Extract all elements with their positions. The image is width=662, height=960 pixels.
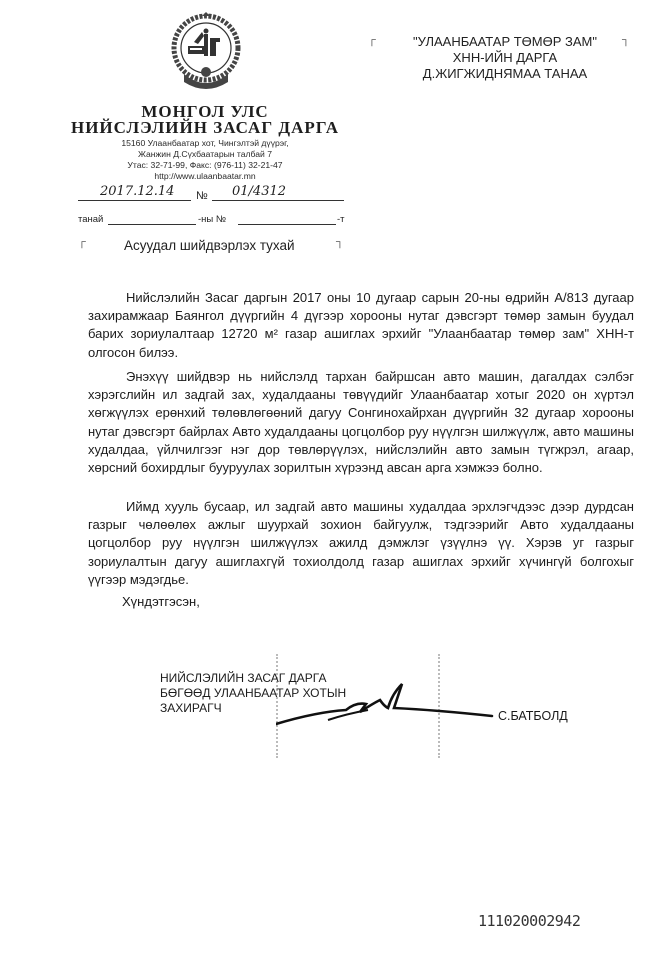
recipient-block: "УЛААНБААТАР ТӨМӨР ЗАМ" ХНН-ИЙН ДАРГА Д.… [385,34,625,82]
your-ref-suffix: -т [337,214,345,225]
org-name-office: НИЙСЛЭЛИЙН ЗАСАГ ДАРГА [60,118,350,138]
your-date-line [108,224,196,225]
signatory-name: С.БАТБОЛД [498,709,568,723]
mongolia-state-emblem-icon [168,12,244,94]
letter-number: 01/4312 [232,184,286,199]
your-number-label: -ны № [198,214,226,225]
corner-mark-left: ┌ [368,34,376,46]
body-paragraph-2: Энэхүү шийдвэр нь нийслэлд тархан байршс… [88,368,634,477]
recipient-organization: "УЛААНБААТАР ТӨМӨР ЗАМ" [385,34,625,50]
letterhead-address: 15160 Улаанбаатар хот, Чингэлтэй дүүрэг,… [60,138,350,182]
your-ref-label: танай [78,214,103,225]
subject-corner-left: ┌ [78,236,86,248]
date-line [78,200,191,201]
recipient-name: Д.ЖИГЖИДНЯМАА ТАНАА [385,66,625,82]
number-label: № [196,190,208,202]
document-serial-number: 111020002942 [478,912,580,930]
recipient-title: ХНН-ИЙН ДАРГА [385,50,625,66]
subject-corner-right: ┐ [336,236,344,248]
your-number-line [238,224,336,225]
letter-subject: Асуудал шийдвэрлэх тухай [124,238,295,253]
handwritten-signature-icon [276,680,496,730]
address-line: 15160 Улаанбаатар хот, Чингэлтэй дүүрэг, [60,138,350,149]
body-paragraph-1: Нийслэлийн Засаг даргын 2017 оны 10 дуга… [88,289,634,362]
letter-date: 2017.12.14 [100,184,174,199]
body-paragraph-3: Иймд хууль бусаар, ил задгай авто машины… [88,498,634,589]
website-link: http://www.ulaanbaatar.mn [60,171,350,182]
address-line: Жанжин Д.Сүхбаатарын талбай 7 [60,149,350,160]
closing-salutation: Хүндэтгэсэн, [122,594,200,609]
number-line [212,200,344,201]
phone-line: Утас: 32-71-99, Факс: (976-11) 32-21-47 [60,160,350,171]
